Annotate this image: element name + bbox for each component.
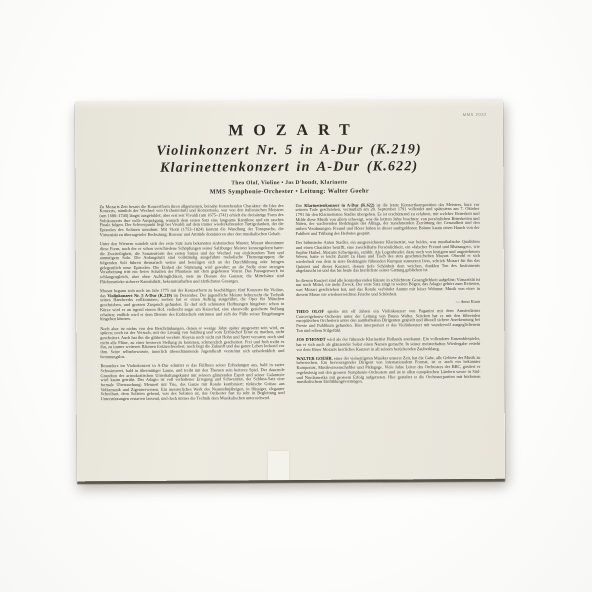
liner-notes-paragraph: Der böhmische Anton Stadler, ein ausgeze… [296, 240, 480, 274]
composer-title: MOZART [75, 121, 503, 142]
liner-notes-paragraph: Besonders im Violinkonzert in A-Dur schü… [100, 363, 284, 402]
liner-notes-paragraph: WALTER GOEHR, einer der vielseitigsten M… [296, 356, 480, 385]
liner-notes-paragraph: Das Klarinettenkonzert in A-Dur (K.622) … [295, 202, 479, 236]
photo-background: MMS 2032 MOZART Violinkonzert Nr. 5 in A… [0, 0, 592, 592]
catalog-number: MMS 2032 [463, 112, 487, 117]
liner-notes-paragraph: Zu Mozarts Zeit besass die Konzertform i… [99, 204, 283, 238]
right-column-bios: THEO OLOF spielte mit elf Jahren ein Vio… [296, 309, 480, 385]
title-block: MOZART Violinkonzert Nr. 5 in A-Dur (K.2… [75, 99, 504, 196]
work-title-clarinet-concerto: Klarinettenkonzert in A-Dur (K.622) [75, 158, 503, 177]
author-attribution: — Anna Kaan [296, 299, 480, 305]
album-cover-back: MMS 2032 MOZART Violinkonzert Nr. 5 in A… [75, 99, 505, 482]
liner-notes-paragraph: Mozart begann sich noch im Jahr 1775 mit… [100, 288, 284, 322]
liner-notes-paragraph: JOS D'HONDT wird als der führende Klarin… [296, 337, 480, 352]
tape-mark [268, 451, 289, 480]
liner-notes-paragraph: In diesem Konzert sind alle konzertieren… [296, 277, 480, 297]
liner-notes: Zu Mozarts Zeit besass die Konzertform i… [75, 193, 504, 406]
liner-notes-paragraph: Noch aber ist nichts von den Beschränkun… [100, 326, 284, 360]
liner-notes-right-column: Das Klarinettenkonzert in A-Dur (K.622) … [295, 202, 480, 405]
right-column-top: Das Klarinettenkonzert in A-Dur (K.622) … [295, 202, 480, 297]
liner-notes-paragraph: Unter den Wienern wandelt sich der erste… [100, 241, 284, 285]
liner-notes-left-column: Zu Mozarts Zeit besass die Konzertform i… [99, 204, 284, 407]
liner-notes-paragraph: THEO OLOF spielte mit elf Jahren ein Vio… [296, 309, 480, 334]
